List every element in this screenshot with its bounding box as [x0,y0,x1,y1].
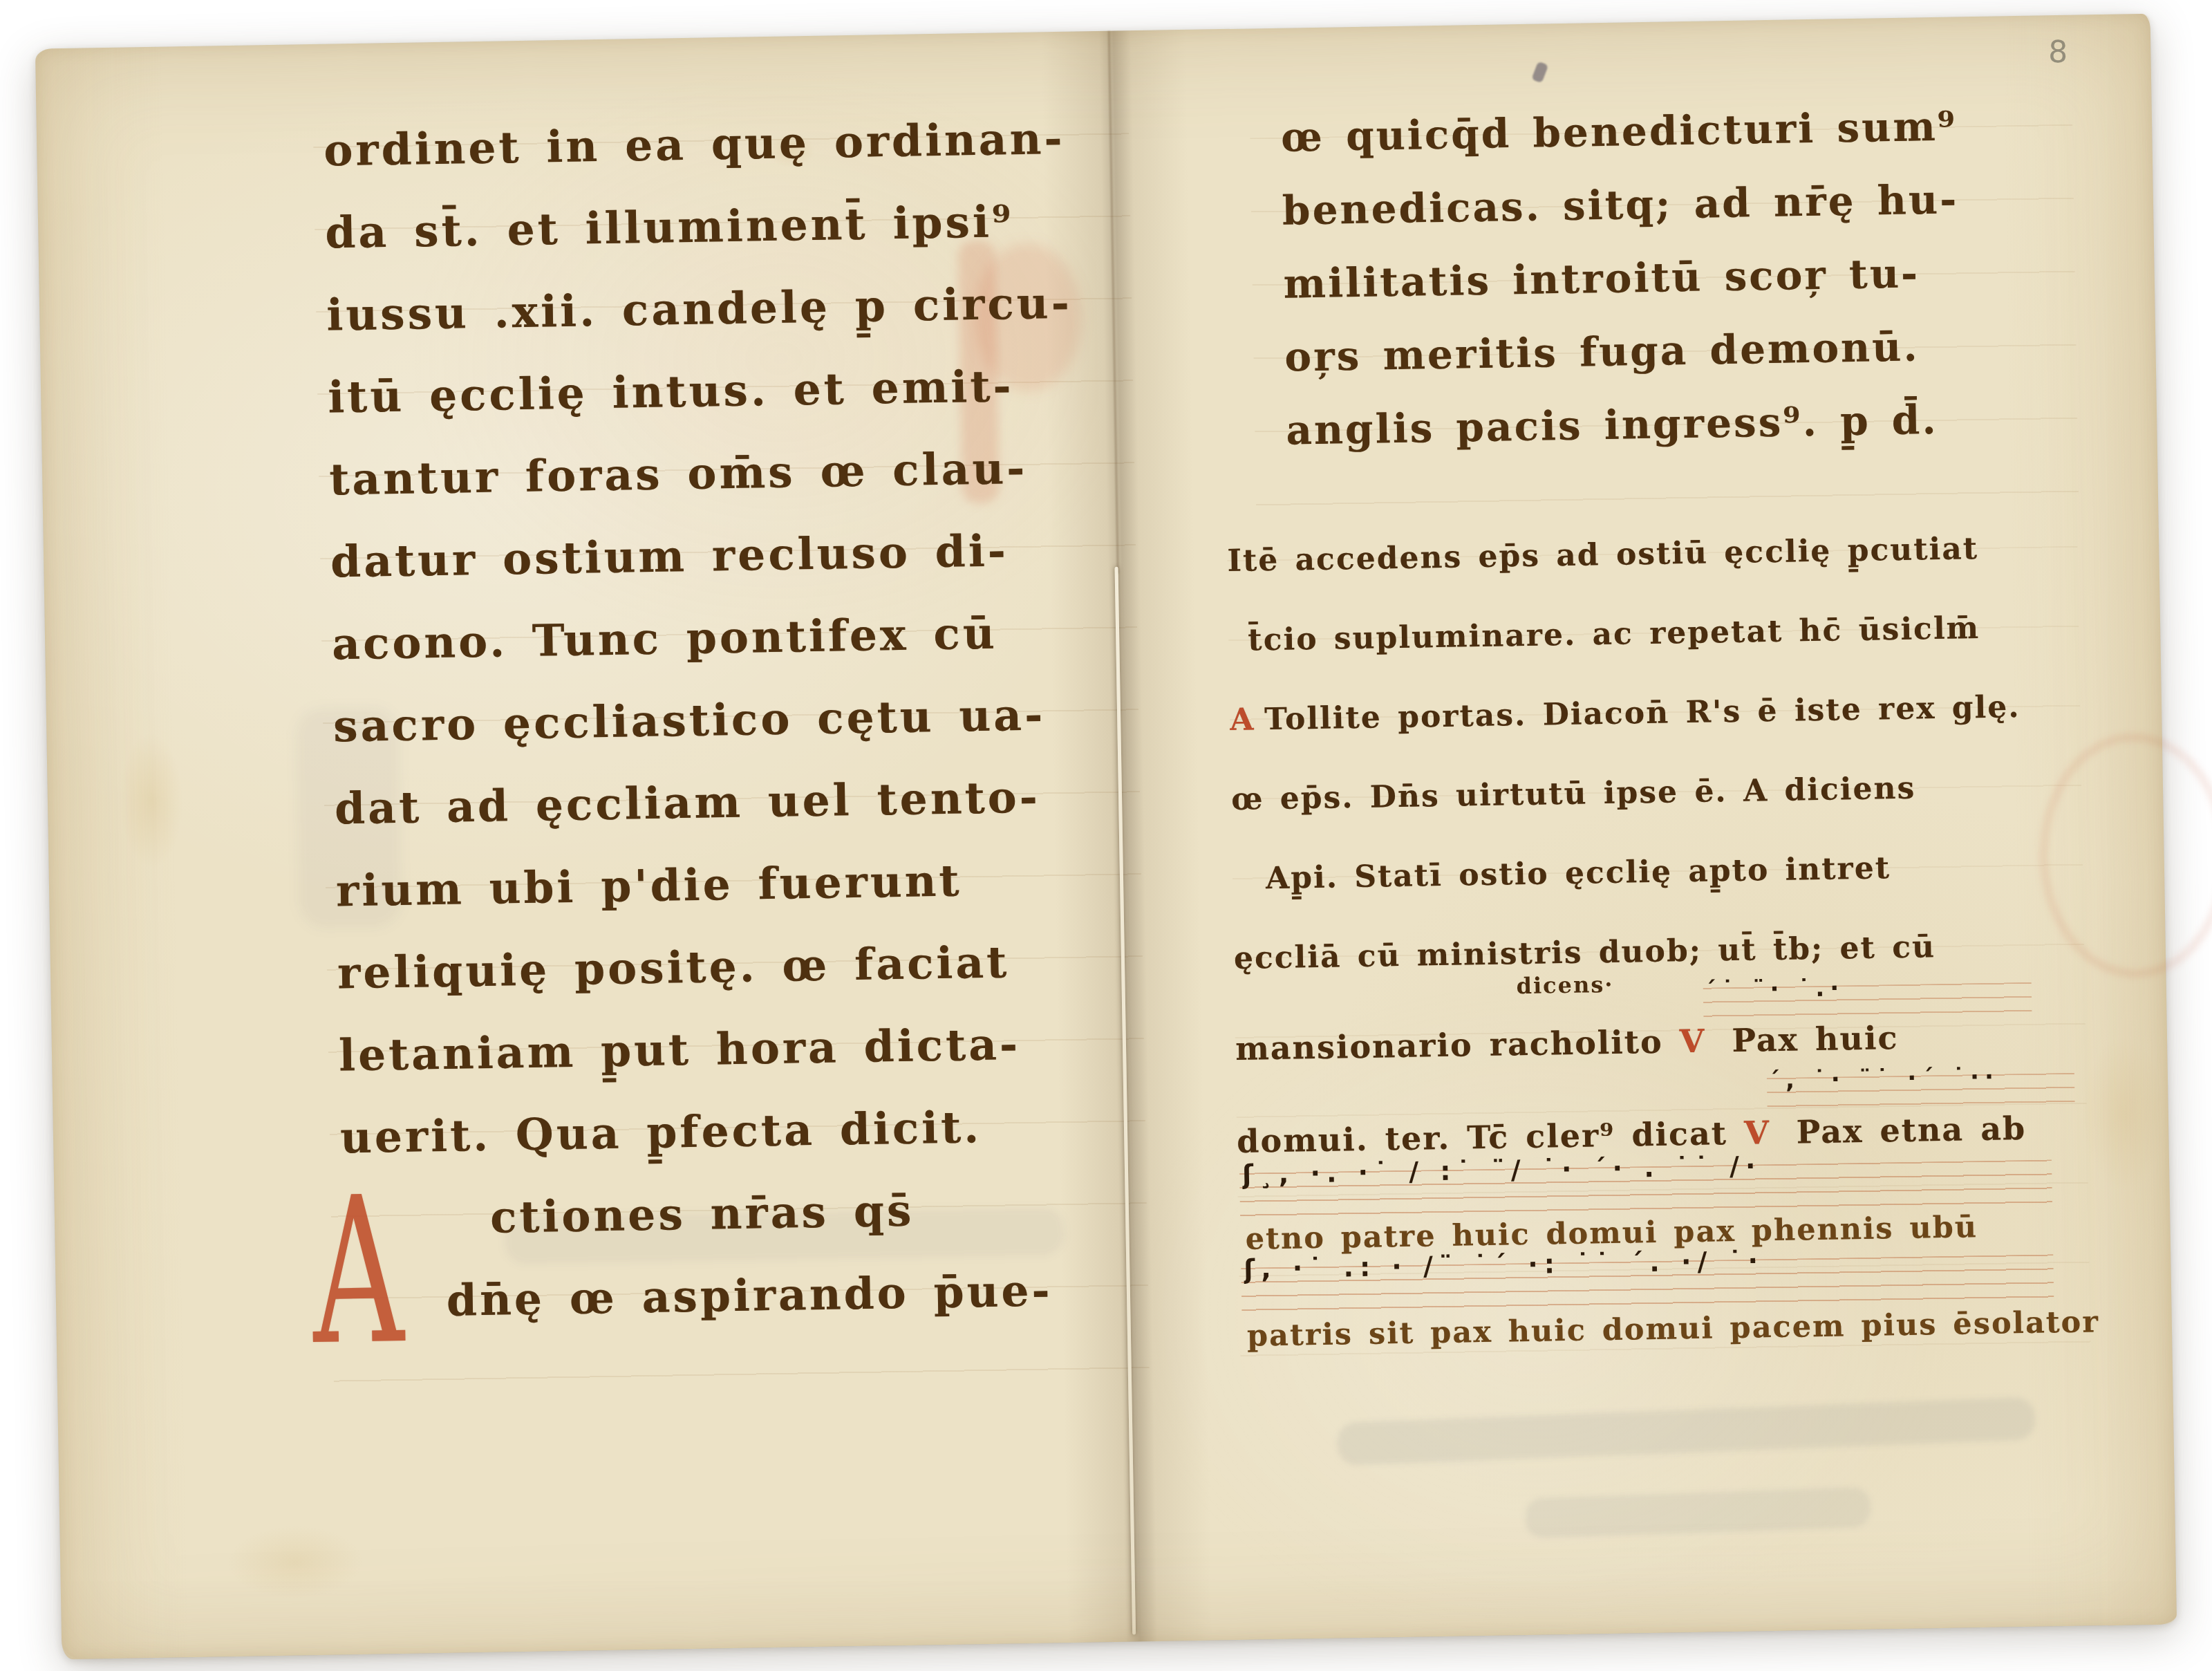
folio-number-pencil: 8 [2048,35,2068,71]
manuscript-bifolium: ordinet in ea quę ordinan- da st̄. et il… [35,14,2177,1659]
manuscript-line: militatis introitū scoŗ tu- [1283,234,2093,320]
versicle-mark: V [1679,1023,1706,1061]
manuscript-line: acono. Tunc pontifex cū [331,590,1131,685]
photograph-background: ordinet in ea quę ordinan- da st̄. et il… [0,0,2212,1671]
manuscript-line: œ quicq̄d benedicturi sum⁹ [1280,87,2090,174]
versicle-text: Pax etna ab [1796,1110,2026,1151]
antiphon-mark: A [1230,702,1255,738]
manuscript-line: dat ad ęccliam uel tento- [334,754,1134,850]
manuscript-line: rium ubi p'die fuerunt [335,837,1135,932]
versicle-mark: V [1744,1114,1771,1152]
right-text-block-small: Itē accedens ep̄s ad ostiū ęcclię p̱cuti… [1226,507,2098,998]
manuscript-line: Ap̱i. Statī ostio ęcclię ap̱to intret [1232,825,2097,919]
neume-staff-mini: ´˙ ¨· ˙.· [1703,982,2032,1018]
rubric-text: t̄cio supluminare. ac repetat hc̄ ūsiclm… [1248,610,1980,658]
rubric-text: ęccliā cū ministris duob; ut̄ t̄b; et cū [1234,929,1936,976]
manuscript-line: uerit. Qua p̱fecta dicit. [339,1083,1139,1179]
manuscript-line: iussu .xii. candelę p̱ circu- [326,261,1125,356]
manuscript-line: ctiones nr̄as qs̄ [341,1166,1141,1261]
neumes: ´˙ ¨· ˙.· [1704,971,2033,1005]
manuscript-line: letaniam p̱ut hora dicta- [338,1001,1138,1096]
manuscript-line: oŗs meritis fuga demonū. [1284,307,2094,393]
manuscript-line: reliquię positę. œ faciat [337,919,1136,1014]
red-initial-A: A [311,1175,404,1369]
interlinear-gloss: dicens· [1516,971,1613,999]
manuscript-line: dn̄ę œ aspirando p̄ue- [342,1248,1142,1343]
manuscript-line: Itē accedens ep̄s ad ostiū ęcclię p̱cuti… [1226,507,2092,601]
manuscript-line: da st̄. et illuminent̄ ipsi⁹ [324,178,1124,274]
manuscript-line: ATollite portas. Diacon̄ R's ē iste rex … [1229,666,2094,760]
manuscript-line: sacro ęccliastico cętu ua- [332,672,1132,767]
neume-staff-mini: ´, ˙· ¨˙ ·´ ˙·· [1767,1073,2075,1108]
rubric-text: Ap̱i. Statī ostio ęcclię ap̱to intret [1266,850,1891,896]
neumes: ´, ˙· ¨˙ ·´ ˙·· [1768,1062,2077,1094]
rubric-text: œ ep̄s. Dn̄s uirtutū ipse ē. A diciens [1231,771,1916,817]
left-text-block: ordinet in ea quę ordinan- da st̄. et il… [323,96,1141,1343]
versicle-text: Pax huic [1732,1019,1899,1059]
versicle-text: mansionario racholito [1235,1023,1663,1067]
right-text-block-large: œ quicq̄d benedicturi sum⁹ benedicas. si… [1280,87,2095,467]
rubric-text: Itē accedens ep̄s ad ostiū ęcclię p̱cuti… [1227,531,1978,579]
manuscript-line: t̄cio supluminare. ac repetat hc̄ ūsiclm… [1228,586,2093,680]
manuscript-line: anglis pacis ingress⁹. p̱ d̄. [1285,380,2095,467]
manuscript-line: œ ep̄s. Dn̄s uirtutū ipse ē. A diciens [1230,745,2096,839]
rubric-text: Tollite portas. Diacon̄ R's ē iste rex g… [1264,689,2021,737]
manuscript-line: ordinet in ea quę ordinan- [323,96,1123,192]
manuscript-line: tantur foras om̄s œ clau- [328,425,1128,521]
manuscript-line: itū ęcclię intus. et emit- [327,343,1127,438]
manuscript-line: benedicas. sitq; ad nr̄ę hu- [1282,160,2092,247]
manuscript-line: datur ostium recluso di- [330,507,1130,603]
